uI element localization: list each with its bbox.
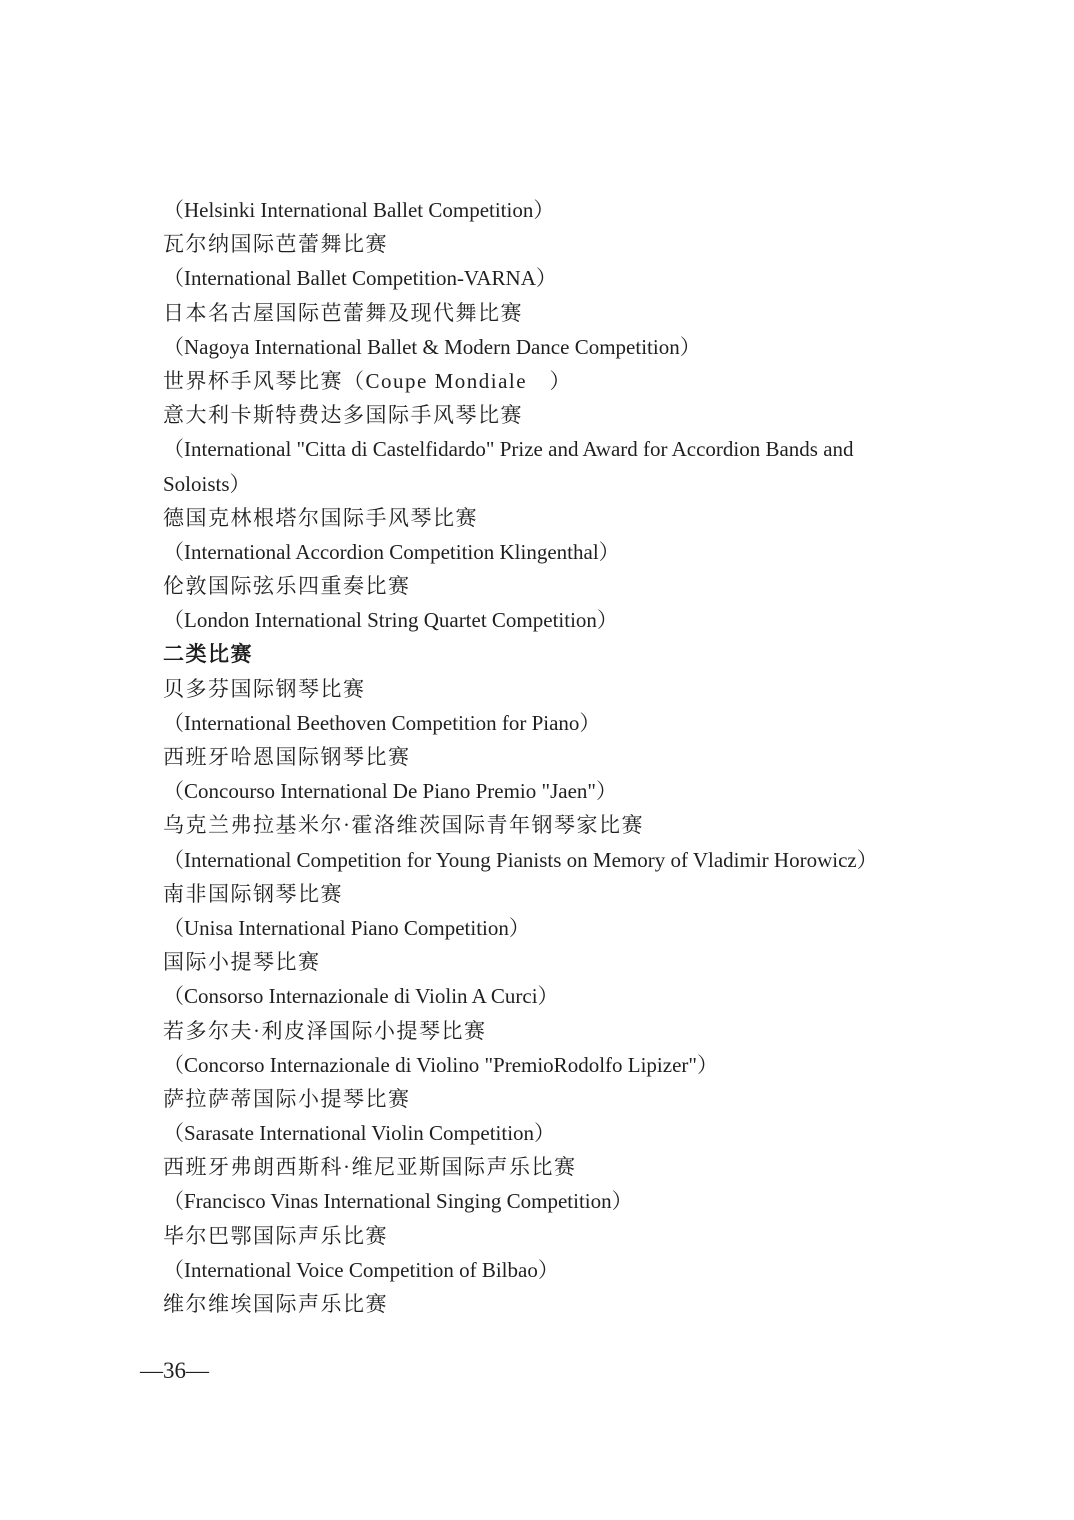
text-line: 西班牙哈恩国际钢琴比赛 bbox=[163, 740, 953, 774]
text-line: 南非国际钢琴比赛 bbox=[163, 877, 953, 911]
text-line: （International Ballet Competition-VARNA） bbox=[163, 261, 953, 295]
text-line: （International Competition for Young Pia… bbox=[163, 843, 953, 877]
text-line: 若多尔夫·利皮泽国际小提琴比赛 bbox=[163, 1014, 953, 1048]
text-line: （Nagoya International Ballet & Modern Da… bbox=[163, 330, 953, 364]
document-page: （Helsinki International Ballet Competiti… bbox=[0, 0, 1074, 1520]
text-line: 世界杯手风琴比赛（Coupe Mondiale ） bbox=[163, 364, 953, 398]
text-line: 西班牙弗朗西斯科·维尼亚斯国际声乐比赛 bbox=[163, 1150, 953, 1184]
text-line: 德国克林根塔尔国际手风琴比赛 bbox=[163, 501, 953, 535]
text-line: 维尔维埃国际声乐比赛 bbox=[163, 1287, 953, 1321]
text-line: 毕尔巴鄂国际声乐比赛 bbox=[163, 1219, 953, 1253]
text-line: Soloists） bbox=[163, 467, 953, 501]
text-line: （London International String Quartet Com… bbox=[163, 603, 953, 637]
text-line: 国际小提琴比赛 bbox=[163, 945, 953, 979]
page-number: —36— bbox=[140, 1358, 209, 1384]
text-line: 贝多芬国际钢琴比赛 bbox=[163, 672, 953, 706]
text-line: （Francisco Vinas International Singing C… bbox=[163, 1184, 953, 1218]
text-line: （International "Citta di Castelfidardo" … bbox=[163, 432, 953, 466]
text-line: 乌克兰弗拉基米尔·霍洛维茨国际青年钢琴家比赛 bbox=[163, 808, 953, 842]
text-line: 意大利卡斯特费达多国际手风琴比赛 bbox=[163, 398, 953, 432]
text-line: （Concorso Internazionale di Violino "Pre… bbox=[163, 1048, 953, 1082]
document-body: （Helsinki International Ballet Competiti… bbox=[163, 193, 953, 1321]
text-line: （Unisa International Piano Competition） bbox=[163, 911, 953, 945]
text-line: （Helsinki International Ballet Competiti… bbox=[163, 193, 953, 227]
text-line: （Consorso Internazionale di Violin A Cur… bbox=[163, 979, 953, 1013]
text-line: （Concourso International De Piano Premio… bbox=[163, 774, 953, 808]
section-heading: 二类比赛 bbox=[163, 637, 953, 671]
text-line: 日本名古屋国际芭蕾舞及现代舞比赛 bbox=[163, 296, 953, 330]
text-line: 瓦尔纳国际芭蕾舞比赛 bbox=[163, 227, 953, 261]
text-line: （International Voice Competition of Bilb… bbox=[163, 1253, 953, 1287]
text-line: 伦敦国际弦乐四重奏比赛 bbox=[163, 569, 953, 603]
text-line: （International Beethoven Competition for… bbox=[163, 706, 953, 740]
text-line: （International Accordion Competition Kli… bbox=[163, 535, 953, 569]
text-line: （Sarasate International Violin Competiti… bbox=[163, 1116, 953, 1150]
text-line: 萨拉萨蒂国际小提琴比赛 bbox=[163, 1082, 953, 1116]
